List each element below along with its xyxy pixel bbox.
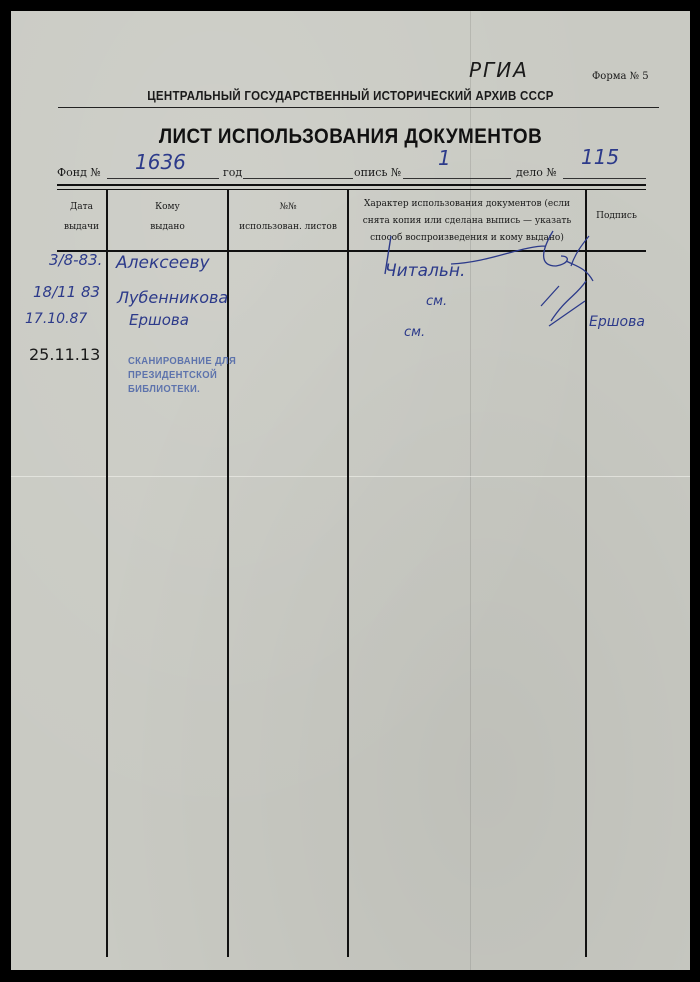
header-sheets: №№ использован. листов: [229, 197, 347, 237]
table-top-rule-thin: [57, 189, 646, 190]
fond-line: [107, 178, 219, 179]
delo-value: 115: [581, 145, 619, 169]
row-issued-to: Ершова: [129, 311, 189, 329]
document-page: РГИА Форма № 5 ЦЕНТРАЛЬНЫЙ ГОСУДАРСТВЕНН…: [11, 11, 690, 970]
header-rule: [58, 107, 659, 108]
row-date: 18/11 83: [33, 283, 100, 301]
row-signature: Ершова: [589, 314, 645, 330]
page-title: ЛИСТ ИСПОЛЬЗОВАНИЯ ДОКУМЕНТОВ: [45, 125, 656, 149]
column-divider: [347, 190, 349, 957]
table-top-rule: [57, 184, 646, 186]
opis-line: [403, 178, 511, 179]
scan-stamp: СКАНИРОВАНИЕ ДЛЯ ПРЕЗИДЕНТСКОЙ БИБЛИОТЕК…: [128, 354, 236, 396]
header-date: Дата выдачи: [57, 197, 106, 237]
fold-line-vertical: [470, 11, 471, 970]
god-line: [243, 178, 353, 179]
fold-line-horizontal: [11, 476, 690, 477]
header-signature: Подпись: [587, 206, 646, 226]
opis-value: 1: [438, 146, 451, 170]
archive-handwritten-label: РГИА: [469, 58, 529, 82]
archive-name: ЦЕНТРАЛЬНЫЙ ГОСУДАРСТВЕННЫЙ ИСТОРИЧЕСКИЙ…: [38, 89, 663, 103]
form-number: Форма № 5: [592, 71, 649, 82]
row-issued-to: Алексееву: [116, 253, 210, 273]
delo-label: дело №: [516, 166, 557, 179]
column-divider: [106, 190, 108, 957]
fond-value: 1636: [135, 150, 186, 174]
god-label: год: [223, 166, 242, 179]
row-date: 3/8-83.: [49, 251, 102, 269]
fond-label: Фонд №: [57, 166, 101, 179]
header-issued-to: Кому выдано: [108, 197, 227, 237]
delo-line: [563, 178, 646, 179]
opis-label: опись №: [354, 166, 401, 179]
row-date: 17.10.87: [25, 311, 87, 327]
row-date: 25.11.13: [29, 345, 100, 364]
row-issued-to: Лубенникова: [117, 288, 228, 307]
